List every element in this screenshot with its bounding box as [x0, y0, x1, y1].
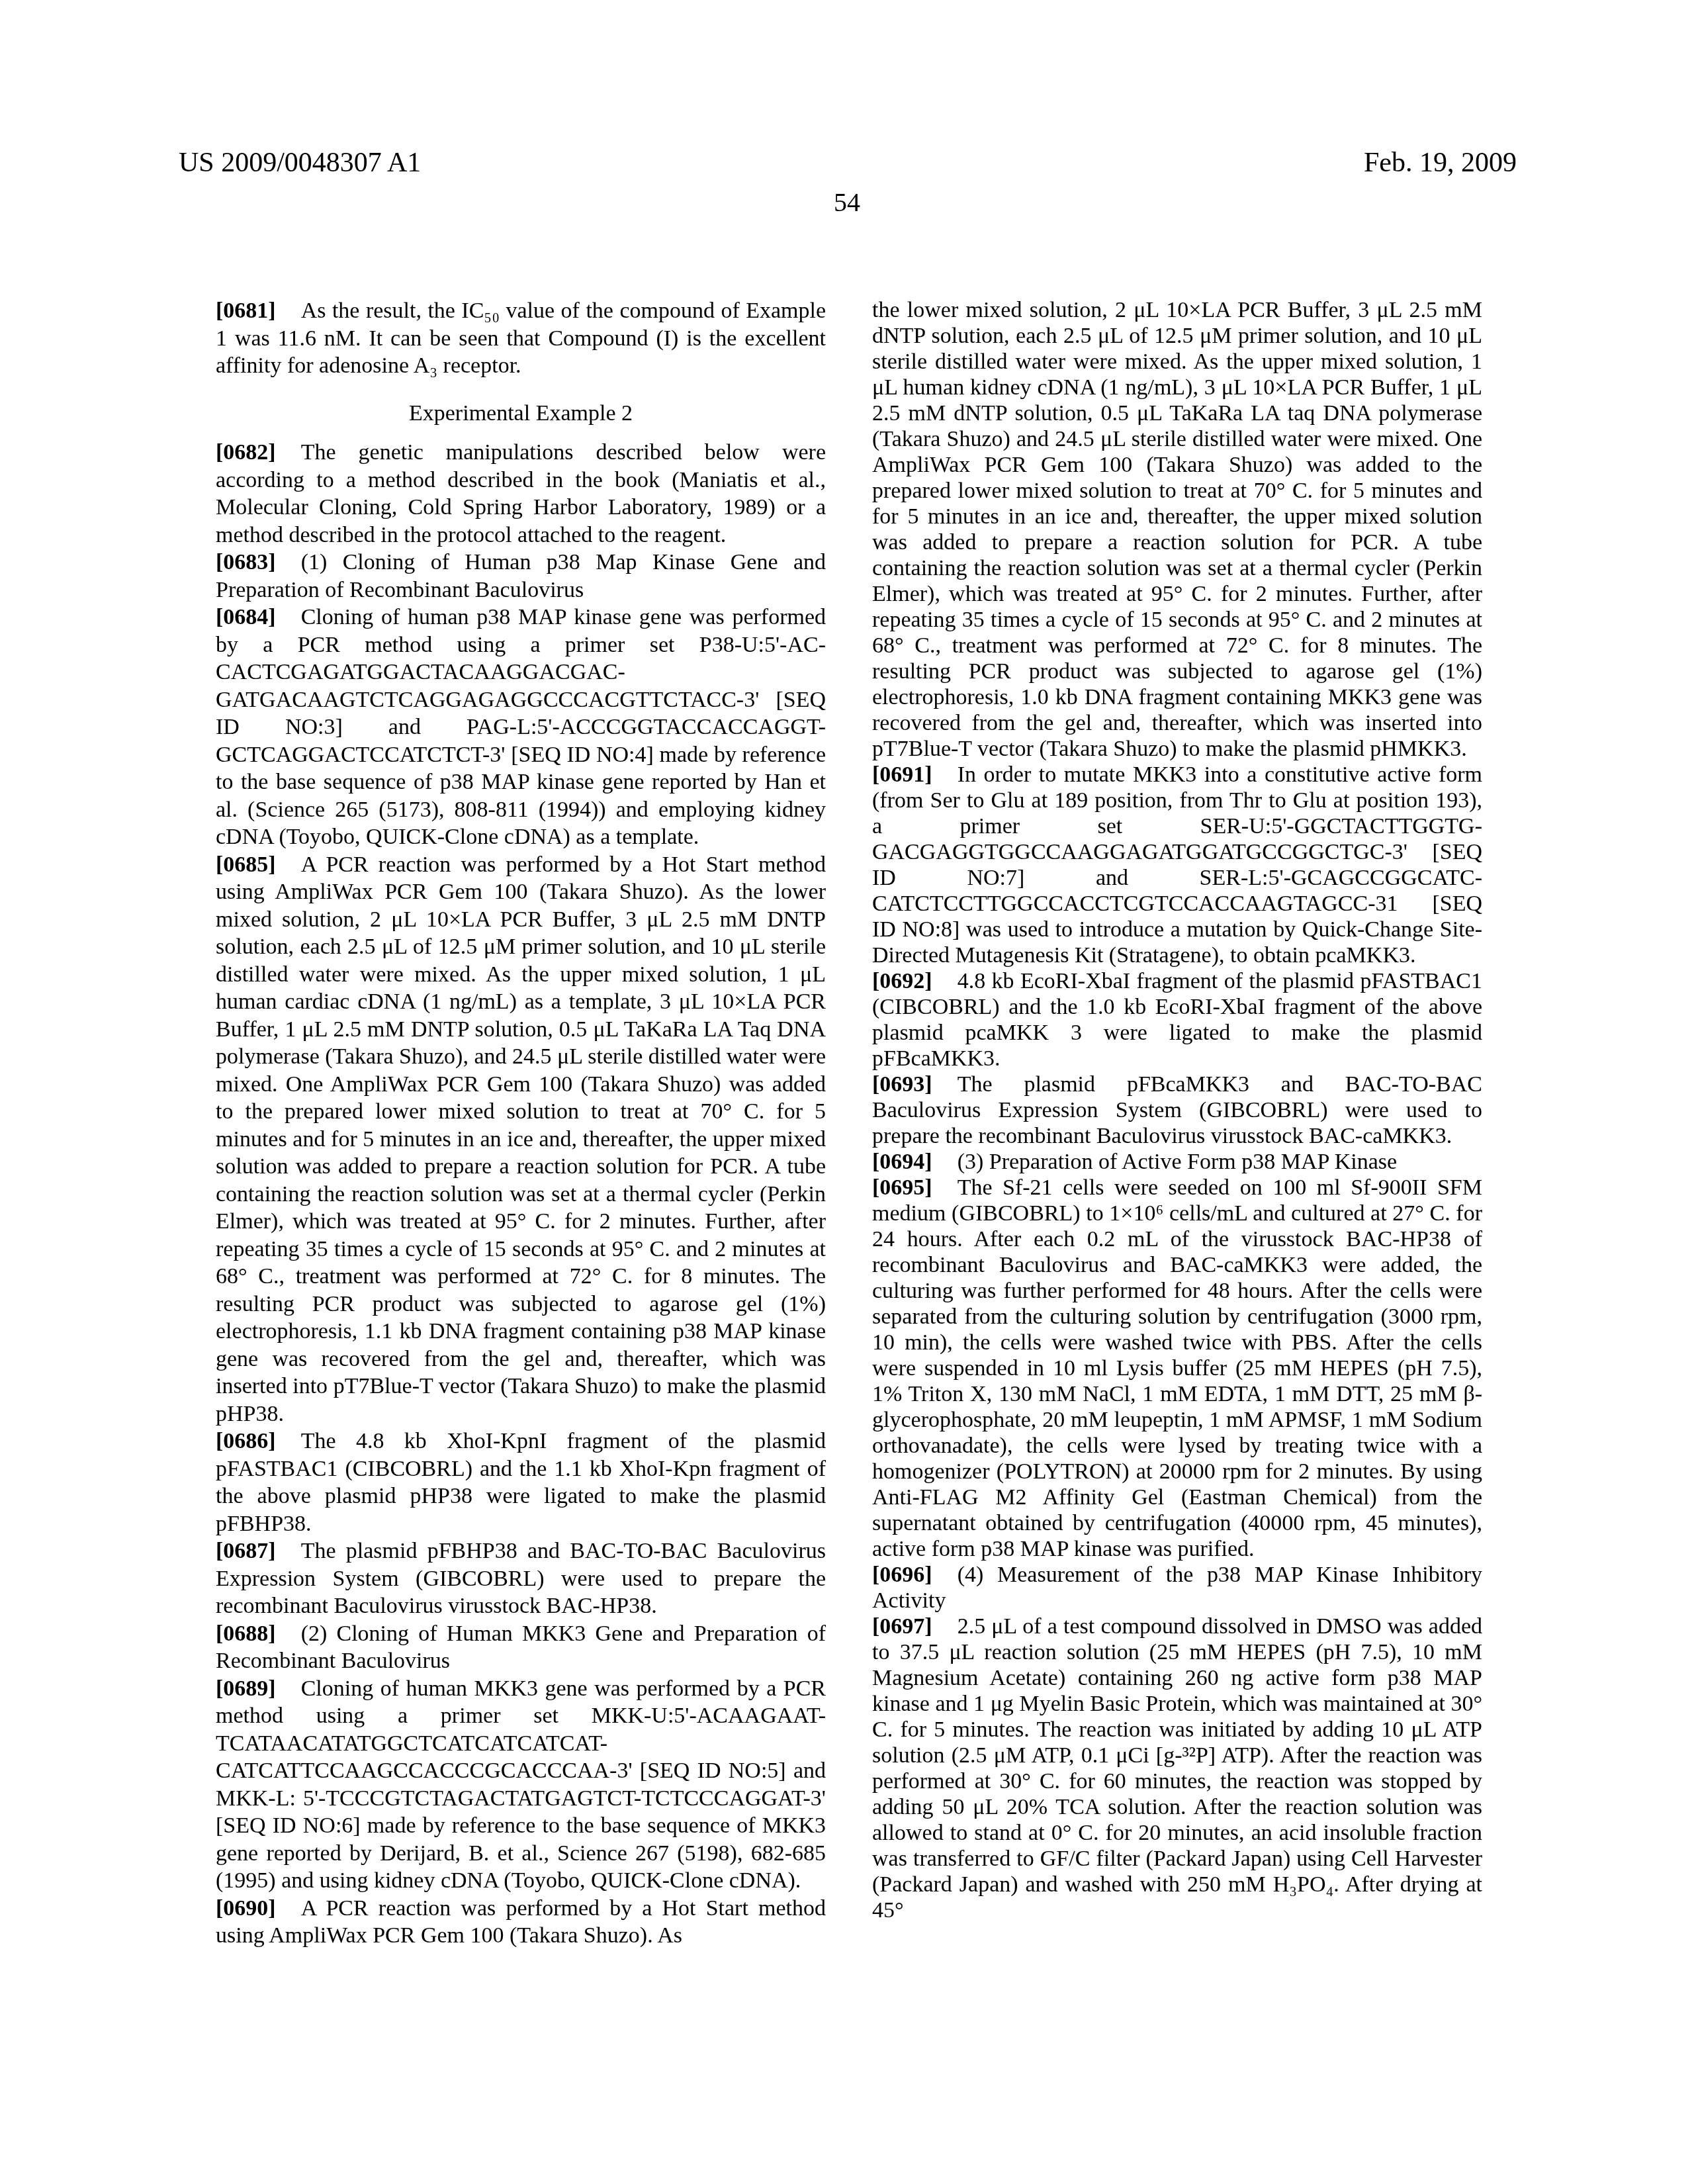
paragraph-text: The genetic manipulations described belo…	[216, 440, 826, 547]
paragraph-number: [0685]	[216, 852, 276, 877]
paragraph: [0690]A PCR reaction was performed by a …	[216, 1895, 826, 1950]
paragraph: [0696](4) Measurement of the p38 MAP Kin…	[872, 1562, 1482, 1614]
page-header: US 2009/0048307 A1 Feb. 19, 2009	[179, 147, 1517, 179]
paragraph-number: [0692]	[872, 969, 932, 993]
paragraph-number: [0694]	[872, 1150, 932, 1174]
paragraph-text: (4) Measurement of the p38 MAP Kinase In…	[872, 1563, 1482, 1613]
document-columns: [0681]As the result, the IC₅₀ value of t…	[216, 297, 1482, 1950]
paragraph-number: [0690]	[216, 1896, 276, 1921]
paragraph-number: [0683]	[216, 550, 276, 574]
paragraph-number: [0693]	[872, 1072, 932, 1097]
patent-page: US 2009/0048307 A1 Feb. 19, 2009 54 [068…	[0, 0, 1694, 2184]
paragraph-text: the lower mixed solution, 2 μL 10×LA PCR…	[872, 298, 1482, 761]
paragraph-text: The plasmid pFBcaMKK3 and BAC-TO-BAC Bac…	[872, 1072, 1482, 1148]
paragraph-text: In order to mutate MKK3 into a constitut…	[872, 762, 1482, 968]
paragraph-text: The plasmid pFBHP38 and BAC-TO-BAC Bacul…	[216, 1539, 826, 1618]
paragraph: [0685]A PCR reaction was performed by a …	[216, 851, 826, 1428]
page-number: 54	[0, 187, 1694, 218]
paragraph-text: (1) Cloning of Human p38 Map Kinase Gene…	[216, 550, 826, 602]
column-right: the lower mixed solution, 2 μL 10×LA PCR…	[872, 297, 1482, 1923]
paragraph-number: [0687]	[216, 1539, 276, 1563]
publication-date: Feb. 19, 2009	[1364, 147, 1517, 179]
paragraph-number: [0696]	[872, 1563, 932, 1587]
paragraph-number: [0682]	[216, 440, 276, 465]
paragraph-number: [0688]	[216, 1621, 276, 1646]
paragraph-text: The 4.8 kb XhoI-KpnI fragment of the pla…	[216, 1429, 826, 1536]
paragraph-number: [0697]	[872, 1614, 932, 1639]
paragraph: [0697]2.5 μL of a test compound dissolve…	[872, 1614, 1482, 1923]
paragraph-number: [0684]	[216, 605, 276, 629]
section-heading: Experimental Example 2	[216, 400, 826, 428]
paragraph: [0694](3) Preparation of Active Form p38…	[872, 1149, 1482, 1175]
paragraph-text: Cloning of human MKK3 gene was performed…	[216, 1676, 826, 1893]
paragraph-text: 2.5 μL of a test compound dissolved in D…	[872, 1614, 1482, 1923]
paragraph-number: [0695]	[872, 1175, 932, 1200]
paragraph-number: [0691]	[872, 762, 932, 787]
paragraph: the lower mixed solution, 2 μL 10×LA PCR…	[872, 297, 1482, 762]
paragraph-text: Cloning of human p38 MAP kinase gene was…	[216, 605, 826, 849]
publication-number: US 2009/0048307 A1	[179, 147, 421, 179]
paragraph-text: A PCR reaction was performed by a Hot St…	[216, 852, 826, 1426]
paragraph-number: [0686]	[216, 1429, 276, 1453]
paragraph: [0681]As the result, the IC₅₀ value of t…	[216, 297, 826, 380]
paragraph: [0687]The plasmid pFBHP38 and BAC-TO-BAC…	[216, 1537, 826, 1620]
paragraph: [0688](2) Cloning of Human MKK3 Gene and…	[216, 1620, 826, 1675]
paragraph: [0684]Cloning of human p38 MAP kinase ge…	[216, 604, 826, 851]
paragraph-text: The Sf-21 cells were seeded on 100 ml Sf…	[872, 1175, 1482, 1561]
paragraph-text: (2) Cloning of Human MKK3 Gene and Prepa…	[216, 1621, 826, 1674]
paragraph-text: 4.8 kb EcoRI-XbaI fragment of the plasmi…	[872, 969, 1482, 1071]
column-left: [0681]As the result, the IC₅₀ value of t…	[216, 297, 826, 1950]
paragraph: [0695]The Sf-21 cells were seeded on 100…	[872, 1175, 1482, 1562]
paragraph-number: [0689]	[216, 1676, 276, 1701]
paragraph: [0692]4.8 kb EcoRI-XbaI fragment of the …	[872, 968, 1482, 1071]
paragraph-text: A PCR reaction was performed by a Hot St…	[216, 1896, 826, 1948]
paragraph: [0693]The plasmid pFBcaMKK3 and BAC-TO-B…	[872, 1071, 1482, 1149]
paragraph-number: [0681]	[216, 298, 276, 323]
paragraph: [0691]In order to mutate MKK3 into a con…	[872, 762, 1482, 968]
paragraph-text: (3) Preparation of Active Form p38 MAP K…	[958, 1150, 1397, 1174]
paragraph: [0689]Cloning of human MKK3 gene was per…	[216, 1675, 826, 1895]
paragraph: [0683](1) Cloning of Human p38 Map Kinas…	[216, 549, 826, 604]
paragraph: [0686]The 4.8 kb XhoI-KpnI fragment of t…	[216, 1428, 826, 1537]
paragraph: [0682]The genetic manipulations describe…	[216, 439, 826, 549]
paragraph-text: As the result, the IC₅₀ value of the com…	[216, 298, 826, 378]
